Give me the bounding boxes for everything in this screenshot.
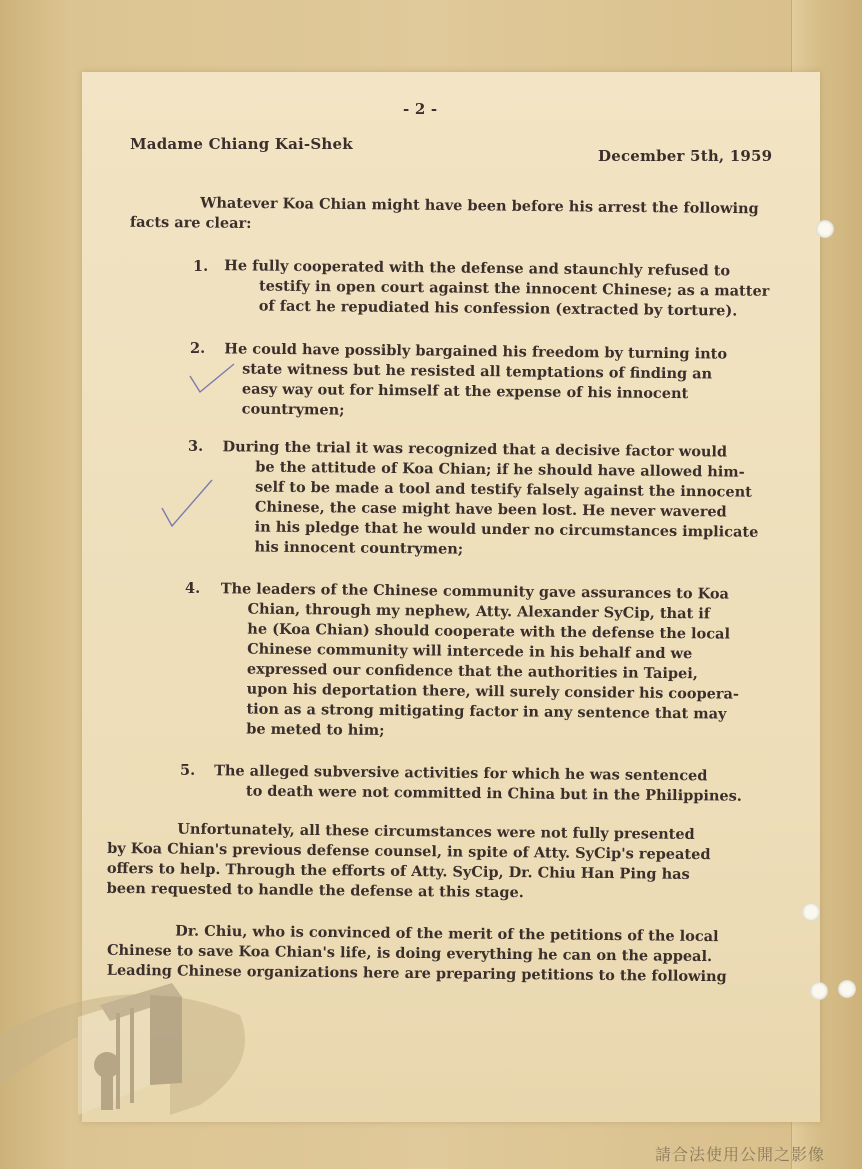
addressee: Madame Chiang Kai-Shek: [130, 135, 353, 153]
item-number-1: 1.: [193, 258, 208, 275]
item-1: He fully cooperated with the defense and…: [224, 256, 770, 322]
punch-hole: [838, 980, 856, 998]
item-number-4: 4.: [185, 580, 200, 597]
archive-logo-icon: [0, 975, 250, 1125]
usage-notice: 請合法使用公開之影像: [655, 1142, 825, 1165]
punch-hole: [802, 903, 820, 921]
check-mark-icon: [160, 478, 216, 530]
check-mark-icon: [188, 362, 238, 396]
intro-paragraph: Whatever Koa Chian might have been befor…: [130, 193, 759, 240]
item-number-3: 3.: [188, 438, 203, 455]
punch-hole: [810, 982, 828, 1000]
page-number: - 2 -: [403, 100, 437, 118]
item-number-2: 2.: [190, 340, 205, 357]
paragraph-unfortunately: Unfortunately, all these circumstances w…: [107, 819, 711, 905]
item-5: The alleged subversive activities for wh…: [214, 761, 742, 807]
item-number-5: 5.: [180, 762, 195, 779]
item-3: During the trial it was recognized that …: [221, 437, 759, 563]
item-2: He could have possibly bargained his fre…: [224, 339, 728, 424]
punch-hole: [816, 220, 834, 238]
item-4: The leaders of the Chinese community gav…: [219, 579, 740, 744]
letter-date: December 5th, 1959: [598, 147, 772, 165]
